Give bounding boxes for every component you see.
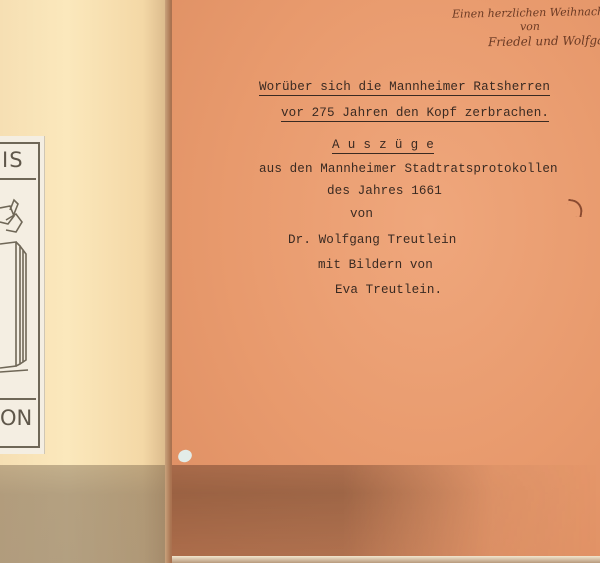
bookplate-rule bbox=[0, 178, 36, 180]
bookplate-ex-libris: IS ON bbox=[0, 136, 45, 454]
handwritten-dedication-line3: Friedel und Wolfgang bbox=[488, 33, 600, 49]
book-illustration-icon bbox=[0, 196, 40, 396]
right-page-shadow bbox=[172, 465, 600, 558]
illustrations-by: mit Bildern von bbox=[318, 258, 433, 272]
bookplate-rule bbox=[0, 398, 36, 400]
page-bottom-edge bbox=[172, 556, 600, 563]
title-line-1: Worüber sich die Mannheimer Ratsherren bbox=[259, 80, 550, 96]
handwritten-dedication-line1: Einen herzlichen Weihnachtsgruß bbox=[452, 4, 600, 20]
body-line-2: des Jahres 1661 bbox=[327, 184, 442, 198]
body-line-1: aus den Mannheimer Stadtratsprotokollen bbox=[259, 162, 558, 176]
bookplate-bottom-text: ON bbox=[0, 406, 32, 430]
illustrator-name: Eva Treutlein. bbox=[335, 283, 442, 297]
left-page-shadow bbox=[0, 465, 168, 563]
handwritten-dedication-line2: von bbox=[520, 20, 540, 33]
body-line-3: von bbox=[350, 207, 373, 221]
bookplate-top-text: IS bbox=[2, 148, 24, 172]
author-name: Dr. Wolfgang Treutlein bbox=[288, 233, 456, 247]
subtitle-auszuege: A u s z ü g e bbox=[332, 138, 434, 154]
title-line-2: vor 275 Jahren den Kopf zerbrachen. bbox=[281, 106, 549, 122]
